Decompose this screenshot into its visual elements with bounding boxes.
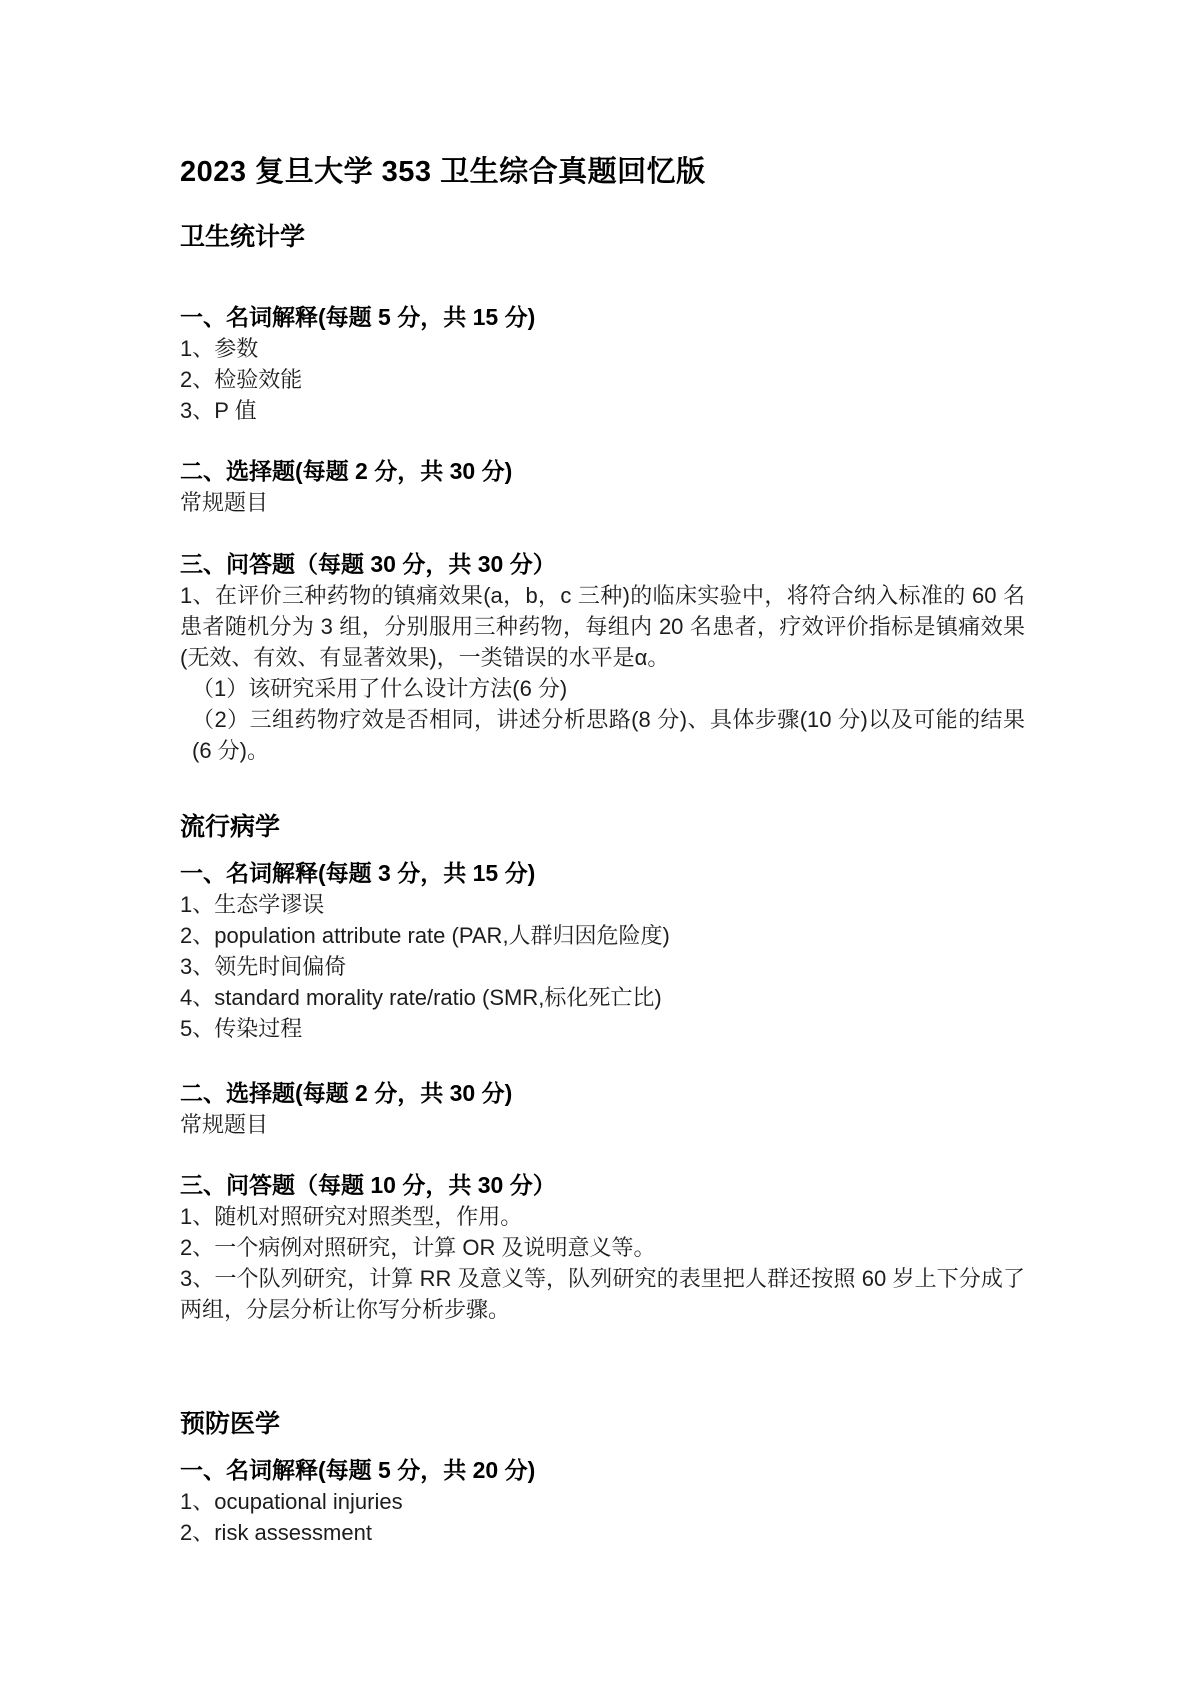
question-item: 3、领先时间偏倚 [180,951,1025,982]
document-title: 2023 复旦大学 353 卫生综合真题回忆版 [180,152,1025,192]
question-type-heading-definitions: 一、名词解释(每题 3 分，共 15 分) [180,858,1025,889]
question-subitem: （1）该研究采用了什么设计方法(6 分) [180,673,1025,704]
question-item: 2、population attribute rate (PAR,人群归因危险度… [180,920,1025,951]
question-type-heading-definitions: 一、名词解释(每题 5 分，共 15 分) [180,302,1025,333]
question-item: 3、P 值 [180,395,1025,426]
question-item: 4、standard morality rate/ratio (SMR,标化死亡… [180,982,1025,1013]
question-type-heading-essay: 三、问答题（每题 10 分，共 30 分） [180,1170,1025,1201]
section-heading-preventive-medicine: 预防医学 [180,1407,1025,1441]
question-paragraph: 3、一个队列研究，计算 RR 及意义等，队列研究的表里把人群还按照 60 岁上下… [180,1263,1025,1325]
section-heading-epidemiology: 流行病学 [180,810,1025,844]
question-item: 1、随机对照研究对照类型，作用。 [180,1201,1025,1232]
question-item: 常规题目 [180,1109,1025,1140]
question-type-heading-multiple-choice: 二、选择题(每题 2 分，共 30 分) [180,456,1025,487]
question-item: 1、生态学谬误 [180,889,1025,920]
question-item: 1、ocupational injuries [180,1486,1025,1517]
exam-recall-page: 2023 复旦大学 353 卫生综合真题回忆版 卫生统计学 一、名词解释(每题 … [0,0,1190,1683]
question-item: 5、传染过程 [180,1013,1025,1044]
question-item: 2、一个病例对照研究，计算 OR 及说明意义等。 [180,1232,1025,1263]
document-title-text: 2023 复旦大学 353 卫生综合真题回忆版 [180,156,706,188]
question-type-heading-multiple-choice: 二、选择题(每题 2 分，共 30 分) [180,1078,1025,1109]
question-paragraph: 1、在评价三种药物的镇痛效果(a，b，c 三种)的临床实验中，将符合纳入标准的 … [180,580,1025,673]
question-item: 2、risk assessment [180,1517,1025,1548]
question-type-heading-definitions: 一、名词解释(每题 5 分，共 20 分) [180,1455,1025,1486]
question-subitem: （2）三组药物疗效是否相同，讲述分析思路(8 分)、具体步骤(10 分)以及可能… [180,704,1025,766]
section-heading-biostatistics: 卫生统计学 [180,220,1025,254]
question-item: 常规题目 [180,487,1025,518]
question-item: 2、检验效能 [180,364,1025,395]
question-type-heading-essay: 三、问答题（每题 30 分，共 30 分） [180,549,1025,580]
question-item: 1、参数 [180,333,1025,364]
document-content: 2023 复旦大学 353 卫生综合真题回忆版 卫生统计学 一、名词解释(每题 … [0,0,1190,1548]
